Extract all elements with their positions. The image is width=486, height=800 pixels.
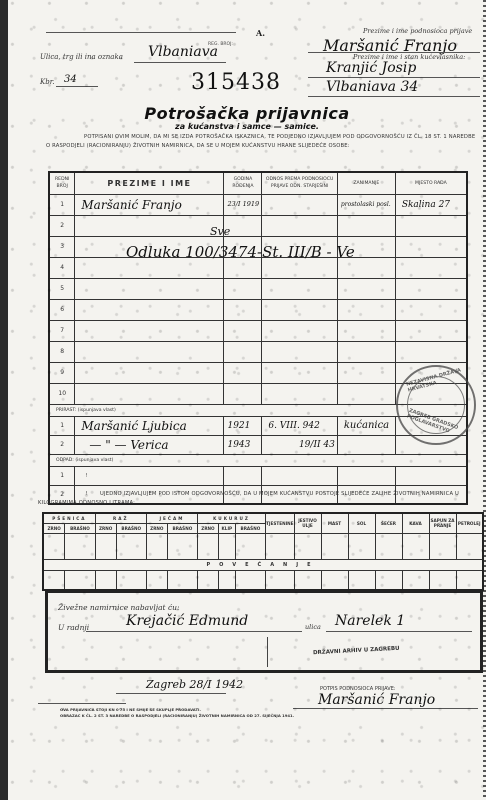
supply-shop-box: Živežne namirnice nabavljat ću: U radnji… (45, 590, 483, 673)
landlord-address-underline (308, 96, 480, 97)
footnote-rule (38, 703, 126, 704)
shop-street-label: ulica (305, 623, 321, 631)
member-name (75, 383, 224, 404)
applicant-signature: Maršanić Franjo (318, 692, 435, 708)
subheader-grain: ZRNO (198, 523, 219, 533)
group-header-rye: RAŽ (95, 513, 146, 523)
stock-declaration-line-2: KILOGRAMIMA ODNOSNO LITRAMA: (38, 500, 135, 506)
header-sugar: ŠEĆER (375, 513, 402, 533)
table-row: 8 (49, 341, 467, 362)
member-relation (262, 383, 338, 404)
col-header-relation: ODNOS PREMA PODNOSIOCU PRIJAVE ODN. STAR… (262, 172, 338, 194)
member-relation (262, 278, 338, 299)
member-workplace (395, 466, 467, 485)
member-relation (262, 299, 338, 320)
member-birth (224, 299, 262, 320)
date-underline (116, 693, 226, 694)
row-number: 9 (49, 362, 75, 383)
table-row: 5 (49, 278, 467, 299)
member-occupation: prostolaski posl. (337, 194, 395, 215)
subheader-flour: BRAŠNO (65, 523, 95, 533)
stamp-text-bottom: ZAGREB GRADSKO POGLAVARSTVO (406, 408, 474, 443)
table-row: 2 (49, 215, 467, 236)
member-birth (224, 466, 262, 485)
member-workplace: Skalina 27 (395, 194, 467, 215)
street-label: Ulica, trg ili ina oznaka (40, 53, 123, 61)
member-birth (224, 278, 262, 299)
group-header-wheat: PŠENICA (43, 513, 95, 523)
member-occupation (337, 362, 395, 383)
row-number: 1 (49, 194, 75, 215)
top-rule (46, 32, 236, 33)
col-header-no: REDNI BROJ (49, 172, 75, 194)
member-occupation (337, 341, 395, 362)
shop-underline (86, 631, 302, 632)
shop-label: U radnji (58, 623, 89, 632)
row-number: 1 (49, 416, 75, 435)
stock-declaration-line-1: UJEDNO IZJAVLJUJEM POD ISTOM ODGOVORNOŠĆ… (100, 491, 459, 497)
member-name (75, 299, 224, 320)
declaration-line-1: POTPISANI OVIM MOLIM, DA MI SE IZDA POTR… (84, 134, 447, 140)
annotation-top: Sve (210, 225, 230, 238)
member-workplace (395, 299, 467, 320)
official-stamp: NEZAVISNA DRŽAVA HRVATSKA ZAGREB GRADSKO… (396, 365, 476, 445)
member-name: — " — Verica (75, 435, 224, 454)
row-number: 3 (49, 236, 75, 257)
footnote-line-2: OBRAZAC K ČL. 2 ST. 3 NAREDBE O RASPODJE… (60, 713, 294, 719)
member-occupation (337, 320, 395, 341)
archive-stamp: DRŽAVNI ARHIV U ZAGREBU (313, 646, 400, 657)
member-name: Maršanić Franjo (75, 194, 224, 215)
col-header-workplace: MJESTO RADA (395, 172, 467, 194)
applicant-label: Prezime i ime podnosioca prijave (363, 27, 472, 35)
member-workplace (395, 257, 467, 278)
shop-street-value: Narelek 1 (335, 613, 405, 629)
member-relation (262, 341, 338, 362)
stock-increase-row (43, 570, 483, 590)
member-workplace (395, 215, 467, 236)
row-number: 1 (49, 466, 75, 485)
row-number: 8 (49, 341, 75, 362)
form-title: Potrošačka prijavnica (8, 104, 486, 123)
member-occupation (337, 278, 395, 299)
member-name: Maršanić Ljubica (75, 416, 224, 435)
declaration-text: POTPISANI OVIM MOLIM, DA MI SE IZDA POTR… (46, 133, 478, 151)
subheader-flour: BRAŠNO (116, 523, 146, 533)
header-lard: MAST (321, 513, 348, 533)
member-birth: 23/I 1919 (224, 194, 262, 215)
row-number: 10 (49, 383, 75, 404)
signature-underline (293, 708, 478, 709)
header-oil: JESTIVO ULJE (294, 513, 321, 533)
decrease-section-label: ODPAD: (ispunjava vlast) (49, 454, 467, 466)
ration-registration-form: A. REG. BROJ: Ulica, trg ili ina oznaka … (8, 0, 486, 800)
shop-value: Krejačić Edmund (126, 613, 248, 629)
row-number: 4 (49, 257, 75, 278)
landlord-address: Vlbaniava 34 (326, 79, 418, 95)
increase-row: 2 — " — Verica 1943 19/II 43 (49, 435, 467, 454)
subheader-cob: KLIP (218, 523, 235, 533)
footnote: OVA PRIJAVNICA STOJI KN 0'75 I NE SMIJE … (60, 707, 294, 719)
member-occupation (337, 215, 395, 236)
member-relation (262, 466, 338, 485)
member-birth (224, 362, 262, 383)
member-relation: 19/II 43 (262, 435, 338, 454)
header-petroleum: PETROLEJ (456, 513, 483, 533)
subheader-flour: BRAŠNO (235, 523, 265, 533)
stock-declaration: UJEDNO IZJAVLJUJEM POD ISTOM ODGOVORNOŠĆ… (38, 490, 484, 508)
header-coffee: KAVA (402, 513, 429, 533)
member-occupation (337, 435, 395, 454)
shop-street-underline (326, 631, 472, 632)
subheader-flour: BRAŠNO (167, 523, 197, 533)
member-relation (262, 215, 338, 236)
street-underline (134, 62, 226, 63)
form-subtitle: za kućanstva i samce — samice. (8, 122, 486, 131)
row-number: 5 (49, 278, 75, 299)
member-occupation: kućanica (337, 416, 395, 435)
member-name (75, 341, 224, 362)
member-birth: 1921 (224, 416, 262, 435)
section-letter: A. (256, 28, 265, 38)
decrease-row: 1 ! (49, 466, 467, 485)
stock-values-row (43, 533, 483, 559)
member-relation: 6. VIII. 942 (262, 416, 338, 435)
header-pasta: TJESTENINE (266, 513, 294, 533)
col-header-occupation: ZANIMANJE (337, 172, 395, 194)
member-occupation (337, 383, 395, 404)
row-number: 2 (49, 215, 75, 236)
member-name (75, 362, 224, 383)
subheader-grain: ZRNO (146, 523, 167, 533)
member-workplace (395, 278, 467, 299)
header-soap: SAPUN ZA PRANJE (429, 513, 456, 533)
house-number-value: 34 (64, 74, 77, 85)
landlord-name-underline (308, 77, 480, 78)
row-number: 7 (49, 320, 75, 341)
decision-annotation: Odluka 100/3474-St. III/B - Ve (126, 243, 355, 261)
street-value: Vlbaniava (148, 44, 218, 60)
member-name: ! (75, 466, 224, 485)
header-salt: SOL (348, 513, 375, 533)
table-row: 7 (49, 320, 467, 341)
house-number-underline (56, 86, 98, 87)
member-birth (224, 341, 262, 362)
row-number: 2 (49, 435, 75, 454)
subheader-grain: ZRNO (43, 523, 65, 533)
member-name (75, 320, 224, 341)
group-header-corn: KUKURUZ (198, 513, 266, 523)
divider (267, 637, 268, 667)
table-row: 6 (49, 299, 467, 320)
subheader-grain: ZRNO (95, 523, 116, 533)
place-date: Zagreb 28/I 1942 (146, 678, 243, 691)
member-birth: 1943 (224, 435, 262, 454)
registration-number: 315438 (191, 70, 281, 95)
member-workplace (395, 341, 467, 362)
food-stock-table: PŠENICA RAŽ JEČAM KUKURUZ TJESTENINE JES… (42, 512, 484, 591)
increase-band-label: POVEĆANJE (43, 559, 483, 570)
member-relation (262, 320, 338, 341)
member-workplace (395, 236, 467, 257)
household-members-table: REDNI BROJ PREZIME I IME GODINA ROĐENJA … (48, 171, 468, 505)
member-occupation (337, 299, 395, 320)
group-header-barley: JEČAM (146, 513, 197, 523)
table-row: 1 Maršanić Franjo 23/I 1919 prostolaski … (49, 194, 467, 215)
col-header-birth: GODINA ROĐENJA (224, 172, 262, 194)
supply-label: Živežne namirnice nabavljat ću: (58, 603, 180, 612)
member-birth (224, 383, 262, 404)
landlord-name: Kranjić Josip (326, 60, 416, 76)
house-number-label: Kbr. (40, 78, 55, 86)
member-birth (224, 320, 262, 341)
col-header-name: PREZIME I IME (75, 172, 224, 194)
member-name (75, 278, 224, 299)
row-number: 6 (49, 299, 75, 320)
member-relation (262, 362, 338, 383)
member-name (75, 215, 224, 236)
member-workplace (395, 320, 467, 341)
member-relation (262, 194, 338, 215)
member-occupation (337, 466, 395, 485)
